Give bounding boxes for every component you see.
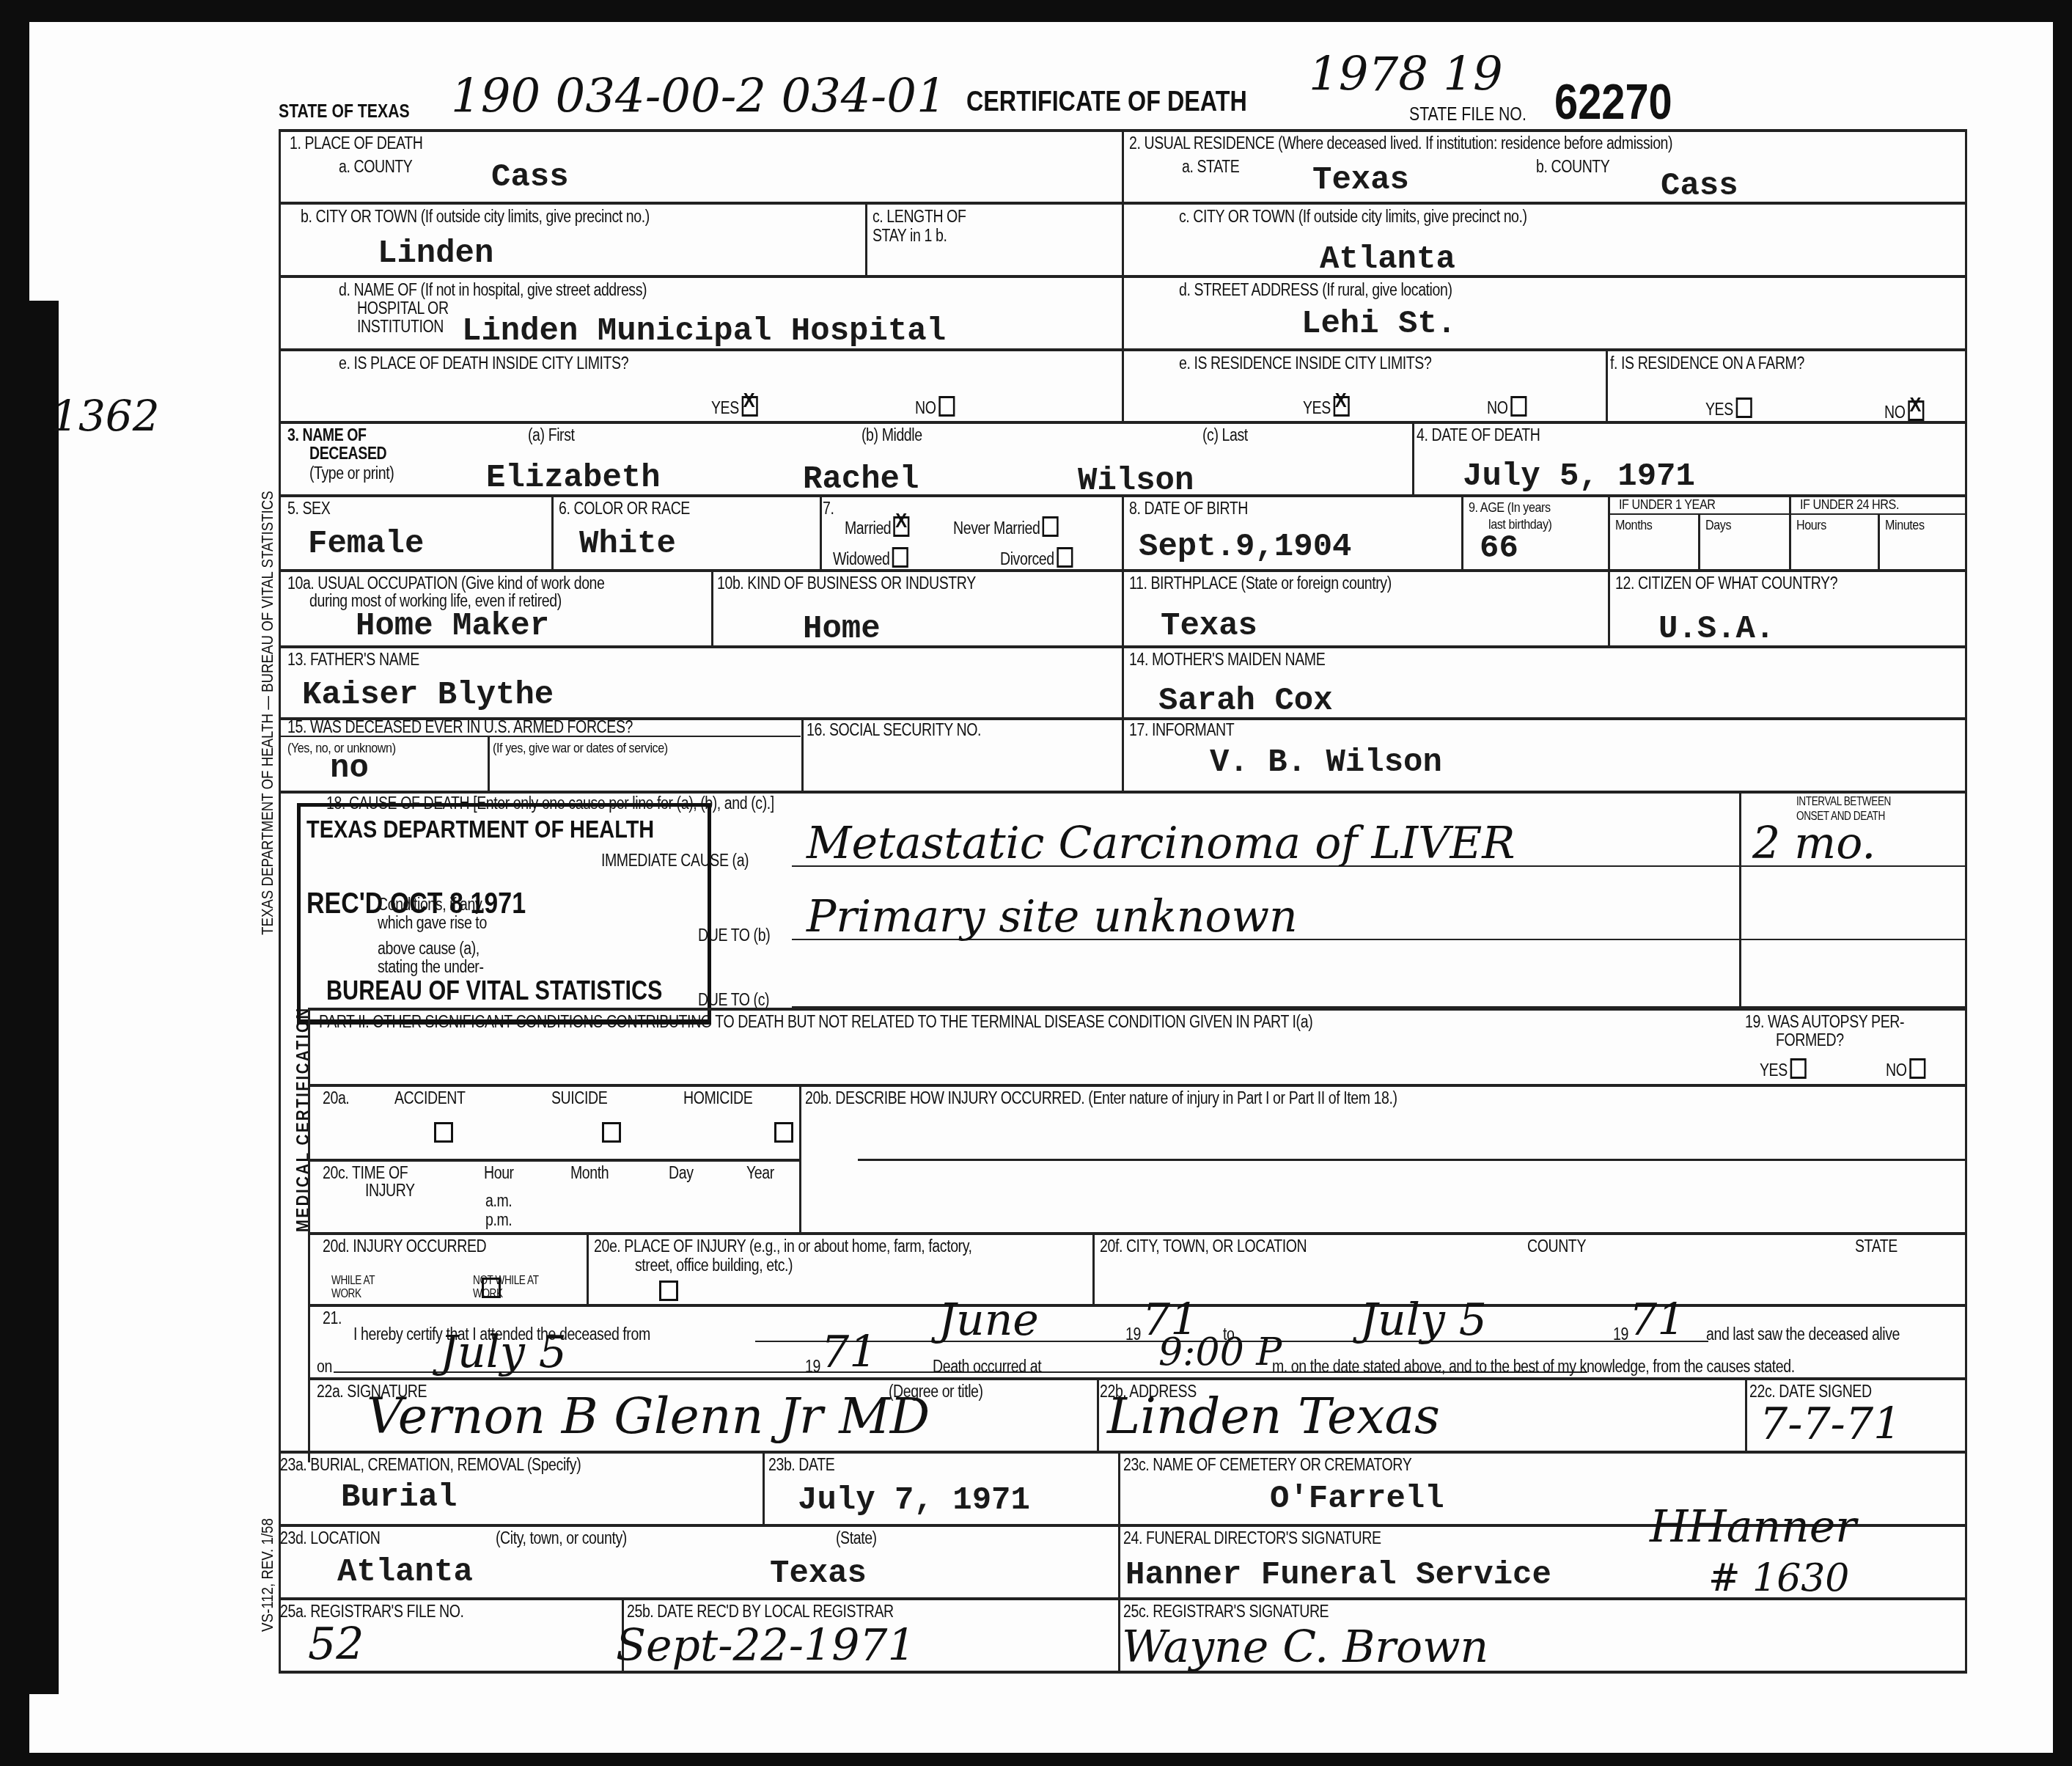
divider: [308, 1377, 1967, 1380]
divider: [279, 275, 1967, 278]
margin-note: 1362: [51, 392, 160, 439]
middle-name-value: Rachel: [803, 462, 919, 497]
days-label: Days: [1705, 518, 1731, 534]
divider: [799, 1084, 801, 1232]
funeral-director-signature: HHanner: [1650, 1503, 1856, 1550]
registrar-signature: Wayne C. Brown: [1122, 1624, 1488, 1671]
farm-yes[interactable]: YES: [1705, 397, 1752, 419]
place-of-injury-label-2: street, office building, etc.): [635, 1256, 793, 1275]
last-seen-year: 71: [821, 1329, 877, 1376]
checkbox[interactable]: [1909, 1058, 1925, 1079]
farm-no[interactable]: NO: [1884, 400, 1924, 422]
res-street-value: Lehi St.: [1301, 307, 1456, 342]
pm-label: p.m.: [485, 1210, 512, 1229]
while-at-work-option[interactable]: WHILE AT WORK: [331, 1275, 388, 1301]
divider: [1739, 791, 1741, 1008]
middle-name-label: (b) Middle: [862, 425, 922, 444]
father-value: Kaiser Blythe: [302, 678, 554, 713]
age-label-1: 9. AGE (In years: [1469, 500, 1551, 516]
location-state-value: Texas: [770, 1556, 867, 1591]
res-inside-city-no[interactable]: NO: [1487, 396, 1527, 417]
res-city-label: c. CITY OR TOWN (If outside city limits,…: [1179, 207, 1527, 226]
frame-left: [279, 131, 281, 1672]
length-of-stay-label: c. LENGTH OF STAY in 1 b.: [872, 207, 997, 245]
burial-date-value: July 7, 1971: [798, 1483, 1030, 1518]
res-state-label: a. STATE: [1182, 157, 1239, 176]
attended-to-date: July 5: [1360, 1297, 1487, 1344]
birthplace-label: 11. BIRTHPLACE (State or foreign country…: [1129, 574, 1392, 593]
res-inside-city-label: e. IS RESIDENCE INSIDE CITY LIMITS?: [1179, 353, 1431, 373]
autopsy-yes[interactable]: YES: [1760, 1058, 1806, 1080]
checkbox-checked[interactable]: [1333, 396, 1349, 417]
informant-label: 17. INFORMANT: [1129, 720, 1234, 739]
res-inside-city-yes[interactable]: YES: [1303, 396, 1349, 417]
divorced-option[interactable]: Divorced: [1000, 547, 1073, 568]
occupation-value: Home Maker: [356, 609, 549, 644]
checkbox[interactable]: [1043, 516, 1059, 537]
minutes-label: Minutes: [1885, 518, 1925, 534]
burial-label: 23a. BURIAL, CREMATION, REMOVAL (Specify…: [280, 1455, 581, 1474]
res-county-label: b. COUNTY: [1536, 157, 1609, 176]
divider: [1608, 494, 1610, 569]
divider: [308, 1232, 1967, 1235]
burial-value: Burial: [341, 1480, 457, 1515]
ssn-label: 16. SOCIAL SECURITY NO.: [807, 720, 981, 739]
handwritten-year: 1978 19: [1309, 51, 1503, 98]
suicide-checkbox[interactable]: [602, 1122, 621, 1143]
state-file-number: 62270: [1554, 73, 1672, 131]
injury-city-label: 20f. CITY, TOWN, OR LOCATION: [1100, 1236, 1307, 1256]
injury-state-label: STATE: [1855, 1236, 1898, 1256]
accident-checkbox[interactable]: [434, 1122, 453, 1143]
year-label: Year: [746, 1163, 774, 1182]
place-of-injury-label-1: 20e. PLACE OF INJURY (e.g., in or about …: [594, 1236, 972, 1256]
divider: [279, 202, 1967, 205]
business-value: Home: [803, 612, 881, 647]
registrar-date-label: 25b. DATE REC'D BY LOCAL REGISTRAR: [627, 1602, 894, 1621]
divider: [1745, 1377, 1747, 1451]
month-label: Month: [570, 1163, 609, 1182]
dob-label: 8. DATE OF BIRTH: [1129, 499, 1248, 518]
divider: [551, 494, 554, 569]
informant-value: V. B. Wilson: [1210, 745, 1442, 780]
age-value: 66: [1480, 531, 1518, 566]
divider: [279, 421, 1967, 424]
day-label: Day: [669, 1163, 693, 1182]
divider: [1608, 569, 1610, 645]
checkbox[interactable]: [1057, 547, 1073, 568]
res-street-label: d. STREET ADDRESS (If rural, give locati…: [1179, 280, 1452, 299]
scan-edge-shadow: [0, 301, 59, 1694]
interval-label-1: INTERVAL BETWEEN: [1796, 796, 1891, 809]
mother-label: 14. MOTHER'S MAIDEN NAME: [1129, 650, 1325, 669]
last-seen-year-prefix: 19: [805, 1357, 820, 1376]
checkbox-checked[interactable]: [894, 516, 910, 537]
res-city-value: Atlanta: [1320, 242, 1455, 277]
citizen-value: U.S.A.: [1658, 612, 1774, 647]
date-of-death-value: July 5, 1971: [1463, 459, 1695, 494]
pod-city-label: b. CITY OR TOWN (If outside city limits,…: [301, 207, 650, 226]
occupation-label-1: 10a. USUAL OCCUPATION (Give kind of work…: [287, 574, 605, 593]
divider: [1122, 569, 1124, 645]
time-of-injury-label-1: 20c. TIME OF: [323, 1163, 408, 1182]
last-name-value: Wilson: [1078, 464, 1194, 499]
checkbox-checked[interactable]: [1908, 400, 1924, 421]
received-stamp: TEXAS DEPARTMENT OF HEALTH REC'D OCT 8 1…: [297, 803, 711, 1025]
from-year-prefix: 19: [1125, 1324, 1141, 1344]
time-of-injury-label-2: INJURY: [365, 1181, 415, 1200]
name-label-3: (Type or print): [309, 464, 394, 483]
race-label: 6. COLOR OR RACE: [559, 499, 690, 518]
divider: [488, 736, 490, 792]
homicide-label: HOMICIDE: [683, 1088, 752, 1107]
attended-to-year: 71: [1629, 1297, 1685, 1344]
autopsy-no[interactable]: NO: [1886, 1058, 1925, 1080]
divider: [1097, 1377, 1099, 1451]
under-24-hrs-label: IF UNDER 24 HRS.: [1800, 497, 1899, 513]
autopsy-label-1: 19. WAS AUTOPSY PER-: [1745, 1012, 1904, 1031]
homicide-checkbox[interactable]: [774, 1122, 793, 1143]
location-city-value: Atlanta: [337, 1555, 473, 1590]
divider: [1789, 494, 1791, 569]
form-number-vertical-text: VS-112, REV. 1/58: [258, 1518, 277, 1632]
date-signed-value: 7-7-71: [1760, 1401, 1901, 1448]
first-name-value: Elizabeth: [486, 461, 661, 496]
sex-label: 5. SEX: [287, 499, 330, 518]
suicide-label: SUICIDE: [551, 1088, 607, 1107]
state-file-label: STATE FILE NO.: [1409, 104, 1527, 125]
part2-label: PART II. OTHER SIGNIFICANT CONDITIONS CO…: [319, 1012, 1312, 1031]
hour-label: Hour: [484, 1163, 514, 1182]
medical-certification-vertical-text: MEDICAL CERTIFICATION: [293, 1006, 314, 1232]
location-label: 23d. LOCATION: [280, 1528, 380, 1547]
immediate-cause-value: Metastatic Carcinoma of LIVER: [807, 820, 1515, 867]
divider: [308, 1304, 1967, 1307]
months-label: Months: [1615, 518, 1652, 534]
frame-right: [1965, 131, 1967, 1672]
divider: [308, 1159, 799, 1162]
cemetery-label: 23c. NAME OF CEMETERY OR CREMATORY: [1123, 1455, 1411, 1474]
citizen-label: 12. CITIZEN OF WHAT COUNTRY?: [1615, 574, 1837, 593]
location-city-label: (City, town, or county): [496, 1528, 627, 1547]
divider: [587, 1232, 589, 1304]
divider: [1878, 513, 1880, 569]
birthplace-value: Texas: [1161, 609, 1257, 644]
hospital-label-1: d. NAME OF (If not in hospital, give str…: [339, 280, 647, 299]
never-married-option[interactable]: Never Married: [953, 516, 1059, 538]
department-vertical-text: TEXAS DEPARTMENT OF HEALTH — BUREAU OF V…: [258, 491, 277, 935]
sex-value: Female: [308, 527, 424, 562]
injury-county-label: COUNTY: [1527, 1236, 1586, 1256]
divider: [279, 1451, 1967, 1454]
divider: [279, 348, 1967, 351]
res-state-value: Texas: [1312, 163, 1409, 198]
checkbox[interactable]: [892, 547, 908, 568]
funeral-director-label: 24. FUNERAL DIRECTOR'S SIGNATURE: [1123, 1528, 1381, 1547]
checkbox[interactable]: [1510, 396, 1527, 417]
divider: [308, 1008, 310, 1462]
divider: [1606, 348, 1608, 422]
physician-signature: Vernon B Glenn Jr MD: [367, 1393, 930, 1440]
handwritten-code: 190 034-00-2 034-01: [451, 73, 947, 120]
divider: [763, 1451, 765, 1524]
married-option[interactable]: Married: [845, 516, 910, 538]
divider: [1092, 1232, 1095, 1304]
under-1-year-label: IF UNDER 1 YEAR: [1619, 497, 1716, 513]
armed-forces-label: 15. WAS DECEASED EVER IN U.S. ARMED FORC…: [287, 717, 633, 736]
accident-label: ACCIDENT: [394, 1088, 466, 1107]
last-seen-date: July 5: [440, 1329, 567, 1376]
pod-inside-city-label: e. IS PLACE OF DEATH INSIDE CITY LIMITS?: [339, 353, 628, 373]
first-name-label: (a) First: [528, 425, 575, 444]
attended-from-date: June: [938, 1297, 1039, 1344]
last-saw-text: and last saw the deceased alive: [1706, 1324, 1900, 1344]
death-occurred-label: Death occurred at: [933, 1357, 1041, 1376]
registrar-date-value: Sept-22-1971: [616, 1622, 916, 1669]
funeral-license-number: # 1630: [1708, 1555, 1849, 1602]
checkbox[interactable]: [1735, 397, 1752, 418]
pod-county-label: a. COUNTY: [339, 157, 412, 176]
checkbox[interactable]: [938, 396, 955, 417]
business-label: 10b. KIND OF BUSINESS OR INDUSTRY: [717, 574, 976, 593]
certificate-title: CERTIFICATE OF DEATH: [966, 87, 1247, 118]
checkbox-checked[interactable]: [741, 396, 757, 417]
farm-label: f. IS RESIDENCE ON A FARM?: [1610, 353, 1804, 373]
hours-label: Hours: [1796, 518, 1826, 534]
to-year-prefix: 19: [1613, 1324, 1628, 1344]
funeral-service-value: Hanner Funeral Service: [1125, 1558, 1551, 1593]
hospital-label-2: HOSPITAL OR: [357, 298, 449, 318]
divider: [1122, 494, 1124, 569]
res-county-value: Cass: [1661, 169, 1738, 204]
death-time-text: m. on the date stated above, and to the …: [1272, 1357, 1795, 1376]
due-to-b-value: Primary site unknown: [807, 893, 1298, 940]
place-of-death-label: 1. PLACE OF DEATH: [290, 133, 422, 153]
divider: [1412, 421, 1414, 494]
registrar-signature-label: 25c. REGISTRAR'S SIGNATURE: [1123, 1602, 1329, 1621]
hospital-value: Linden Municipal Hospital: [462, 314, 946, 349]
dob-value: Sept.9,1904: [1139, 530, 1351, 565]
autopsy-label-2: FORMED?: [1776, 1030, 1844, 1049]
armed-forces-sub2: (If yes, give war or dates of service): [493, 741, 668, 757]
not-while-at-work-checkbox[interactable]: [659, 1280, 678, 1301]
date-of-death-label: 4. DATE OF DEATH: [1417, 425, 1540, 444]
death-time-value: 9:00 P: [1158, 1329, 1282, 1376]
mother-value: Sarah Cox: [1158, 684, 1333, 719]
marital-label: 7.: [823, 499, 834, 518]
divider: [279, 1597, 1967, 1600]
checkbox[interactable]: [1790, 1058, 1806, 1079]
pod-city-value: Linden: [378, 236, 493, 271]
father-label: 13. FATHER'S NAME: [287, 650, 419, 669]
registrar-file-value: 52: [308, 1621, 364, 1668]
divider: [1118, 1451, 1120, 1671]
describe-injury-label: 20b. DESCRIBE HOW INJURY OCCURRED. (Ente…: [805, 1088, 1397, 1107]
state-label: STATE OF TEXAS: [279, 101, 410, 122]
widowed-option[interactable]: Widowed: [833, 547, 908, 568]
pod-county-value: Cass: [491, 160, 569, 195]
item-21-label: 21.: [323, 1308, 342, 1327]
divider: [865, 202, 867, 275]
location-state-label: (State): [836, 1528, 877, 1547]
injury-type-label: 20a.: [323, 1088, 349, 1107]
divider: [801, 717, 804, 792]
interval-value: 2 mo.: [1752, 820, 1876, 867]
hospital-label-3: INSTITUTION: [357, 317, 444, 336]
cemetery-value: O'Farrell: [1270, 1481, 1444, 1517]
residence-label: 2. USUAL RESIDENCE (Where deceased lived…: [1129, 133, 1672, 153]
divider: [820, 494, 822, 569]
divider: [308, 1084, 1967, 1087]
on-label: on: [317, 1357, 332, 1376]
address-value: Linden Texas: [1107, 1393, 1440, 1440]
race-value: White: [579, 527, 676, 562]
name-label-1: 3. NAME OF: [287, 425, 367, 444]
last-name-label: (c) Last: [1202, 425, 1248, 444]
divider: [1608, 513, 1967, 515]
pod-inside-city-yes[interactable]: YES: [711, 396, 757, 417]
burial-date-label: 23b. DATE: [768, 1455, 834, 1474]
injury-occurred-label: 20d. INJURY OCCURRED: [323, 1236, 486, 1256]
divider: [858, 1159, 1967, 1161]
armed-forces-value: no: [330, 751, 369, 786]
name-label-2: DECEASED: [309, 444, 386, 463]
divider: [711, 569, 713, 645]
am-label: a.m.: [485, 1191, 512, 1210]
divider: [308, 1008, 1967, 1011]
pod-inside-city-no[interactable]: NO: [915, 396, 955, 417]
not-while-at-work-option[interactable]: NOT WHILE AT WORK: [473, 1275, 542, 1301]
divider: [1461, 494, 1463, 569]
divider: [1698, 513, 1700, 569]
